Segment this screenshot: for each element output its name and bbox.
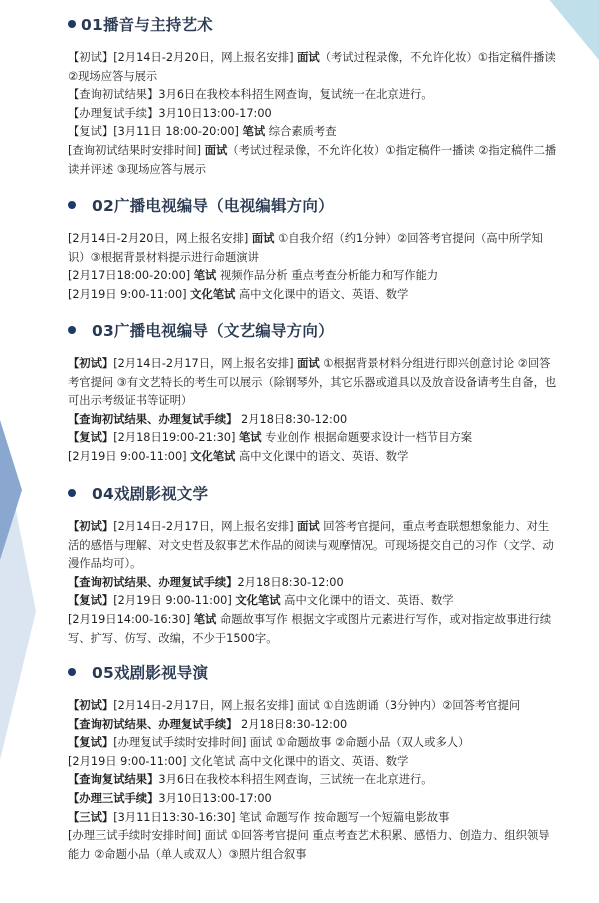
schedule-line: 【初试】[2月14日-2月20日，网上报名安排] 面试（考试过程录像，不允许化妆… xyxy=(68,49,558,86)
bold-label: 面试 xyxy=(252,232,275,245)
text-segment: [2月14日-2月17日，网上报名安排] xyxy=(113,520,297,533)
bold-label: 笔试 xyxy=(239,431,262,444)
schedule-line: 【查询初试结果、办理复试手续】 2月18日8:30-12:00 xyxy=(68,716,558,735)
bold-label: 【复试】 xyxy=(68,594,113,607)
text-segment: [查询初试结果时安排时间] xyxy=(68,144,205,157)
section-body: 【初试】[2月14日-2月17日，网上报名安排] 面试 ①根据背景材料分组进行即… xyxy=(68,355,558,467)
text-segment: 3月6日在我校本科招生网查询，复试统一在北京进行。 xyxy=(158,88,432,101)
bold-label: 【复试】 xyxy=(68,736,113,749)
schedule-line: 【初试】[2月14日-2月17日，网上报名安排] 面试 回答考官提问，重点考查联… xyxy=(68,518,558,574)
bold-label: 【复试】 xyxy=(68,431,113,444)
section-03: 03广播电视编导（文艺编导方向） 【初试】[2月14日-2月17日，网上报名安排… xyxy=(68,318,558,467)
section-body: [2月14日-2月20日，网上报名安排] 面试 ①自我介绍（约1分钟）②回答考官… xyxy=(68,230,558,304)
text-segment: 【初试】 xyxy=(68,51,113,64)
section-title: 04戏剧影视文学 xyxy=(92,482,208,504)
bold-label: 文化笔试 xyxy=(235,594,280,607)
bold-label: 【初试】 xyxy=(68,357,113,370)
text-segment: [2月19日 9:00-11:00] 文化笔试 高中文化课中的语文、英语、数学 xyxy=(68,755,408,768)
text-segment: 综合素质考查 xyxy=(265,125,336,138)
text-segment: 高中文化课中的语文、英语、数学 xyxy=(235,288,408,301)
section-heading: 05戏剧影视导演 xyxy=(68,660,558,684)
schedule-line: 【办理复试手续】3月10日13:00-17:00 xyxy=(68,105,558,124)
bold-label: 【查询初试结果、办理复试手续】 xyxy=(68,413,237,426)
text-segment: 3月10日13:00-17:00 xyxy=(158,792,271,805)
bullet-icon xyxy=(68,20,76,28)
section-heading: 03广播电视编导（文艺编导方向） xyxy=(68,318,558,342)
bold-label: 笔试 xyxy=(194,269,217,282)
text-segment: 3月10日13:00-17:00 xyxy=(158,107,271,120)
text-segment: [2月17日18:00-20:00] xyxy=(68,269,194,282)
text-segment: 【复试】 xyxy=(68,125,113,138)
section-body: 【初试】[2月14日-2月17日，网上报名安排] 面试 回答考官提问，重点考查联… xyxy=(68,518,558,648)
bullet-icon xyxy=(68,489,76,497)
bold-label: 笔试 xyxy=(194,613,217,626)
text-segment: [2月14日-2月17日，网上报名安排] xyxy=(113,357,297,370)
bold-label: 文化笔试 xyxy=(190,288,235,301)
text-segment: [2月18日19:00-21:30] xyxy=(113,431,239,444)
section-body: 【初试】[2月14日-2月17日，网上报名安排] 面试 ①自选朗诵（3分钟内）②… xyxy=(68,697,558,864)
schedule-line: [2月19日 9:00-11:00] 文化笔试 高中文化课中的语文、英语、数学 xyxy=(68,753,558,772)
section-05: 05戏剧影视导演 【初试】[2月14日-2月17日，网上报名安排] 面试 ①自选… xyxy=(68,660,558,864)
text-segment: [3月11日13:30-16:30] 笔试 命题写作 按命题写一个短篇电影故事 xyxy=(113,811,449,824)
text-segment: 高中文化课中的语文、英语、数学 xyxy=(281,594,454,607)
bold-label: 【三试】 xyxy=(68,811,113,824)
text-segment: [2月14日-2月20日，网上报名安排] xyxy=(68,232,252,245)
schedule-line: [2月14日-2月20日，网上报名安排] 面试 ①自我介绍（约1分钟）②回答考官… xyxy=(68,230,558,267)
schedule-line: 【查询复试结果】3月6日在我校本科招生网查询，三试统一在北京进行。 xyxy=(68,771,558,790)
bullet-icon xyxy=(68,326,76,334)
bold-label: 【查询复试结果】 xyxy=(68,773,158,786)
section-02: 02广播电视编导（电视编辑方向） [2月14日-2月20日，网上报名安排] 面试… xyxy=(68,193,558,304)
text-segment: 【办理复试手续】 xyxy=(68,107,158,120)
schedule-line: 【初试】[2月14日-2月17日，网上报名安排] 面试 ①自选朗诵（3分钟内）②… xyxy=(68,697,558,716)
schedule-line: 【三试】[3月11日13:30-16:30] 笔试 命题写作 按命题写一个短篇电… xyxy=(68,809,558,828)
text-segment: [2月19日 9:00-11:00] xyxy=(68,450,190,463)
bullet-icon xyxy=(68,201,76,209)
text-segment: [2月19日14:00-16:30] xyxy=(68,613,194,626)
text-segment: 2月18日8:30-12:00 xyxy=(237,576,343,589)
schedule-line: 【复试】[2月18日19:00-21:30] 笔试 专业创作 根据命题要求设计一… xyxy=(68,429,558,448)
text-segment: 2月18日8:30-12:00 xyxy=(237,413,347,426)
text-segment: [3月11日 18:00-20:00] xyxy=(113,125,242,138)
section-heading: 04戏剧影视文学 xyxy=(68,481,558,505)
text-segment: [2月19日 9:00-11:00] xyxy=(113,594,235,607)
bold-label: 【查询初试结果、办理复试手续】 xyxy=(68,718,237,731)
bold-label: 面试 xyxy=(297,520,320,533)
text-segment: [2月14日-2月17日，网上报名安排] 面试 ①自选朗诵（3分钟内）②回答考官… xyxy=(113,699,520,712)
section-title: 02广播电视编导（电视编辑方向） xyxy=(92,194,334,216)
section-01: 01播音与主持艺术 【初试】[2月14日-2月20日，网上报名安排] 面试（考试… xyxy=(68,12,558,179)
bold-label: 笔试 xyxy=(243,125,266,138)
text-segment: 高中文化课中的语文、英语、数学 xyxy=(235,450,408,463)
text-segment: 视频作品分析 重点考查分析能力和写作能力 xyxy=(216,269,438,282)
schedule-line: [2月19日 9:00-11:00] 文化笔试 高中文化课中的语文、英语、数学 xyxy=(68,286,558,305)
bold-label: 【初试】 xyxy=(68,699,113,712)
bold-label: 【初试】 xyxy=(68,520,113,533)
bold-label: 【查询初试结果、办理复试手续】 xyxy=(68,576,237,589)
bold-label: 面试 xyxy=(297,357,320,370)
bold-label: 【办理三试手续】 xyxy=(68,792,158,805)
section-body: 【初试】[2月14日-2月20日，网上报名安排] 面试（考试过程录像，不允许化妆… xyxy=(68,49,558,179)
schedule-line: [2月19日 9:00-11:00] 文化笔试 高中文化课中的语文、英语、数学 xyxy=(68,448,558,467)
section-04: 04戏剧影视文学 【初试】[2月14日-2月17日，网上报名安排] 面试 回答考… xyxy=(68,481,558,648)
bold-label: 面试 xyxy=(297,51,320,64)
schedule-line: 【查询初试结果】3月6日在我校本科招生网查询，复试统一在北京进行。 xyxy=(68,86,558,105)
schedule-line: 【办理三试手续】3月10日13:00-17:00 xyxy=(68,790,558,809)
section-title: 03广播电视编导（文艺编导方向） xyxy=(92,319,334,341)
section-heading: 02广播电视编导（电视编辑方向） xyxy=(68,193,558,217)
section-title: 01播音与主持艺术 xyxy=(81,13,213,35)
schedule-line: [2月19日14:00-16:30] 笔试 命题故事写作 根据文字或图片元素进行… xyxy=(68,611,558,648)
section-heading: 01播音与主持艺术 xyxy=(68,12,558,36)
text-segment: 【查询初试结果】 xyxy=(68,88,158,101)
schedule-line: [2月17日18:00-20:00] 笔试 视频作品分析 重点考查分析能力和写作… xyxy=(68,267,558,286)
schedule-line: [查询初试结果时安排时间] 面试（考试过程录像，不允许化妆）①指定稿件一播读 ②… xyxy=(68,142,558,179)
schedule-line: 【初试】[2月14日-2月17日，网上报名安排] 面试 ①根据背景材料分组进行即… xyxy=(68,355,558,411)
text-segment: 2月18日8:30-12:00 xyxy=(237,718,347,731)
schedule-line: 【复试】[2月19日 9:00-11:00] 文化笔试 高中文化课中的语文、英语… xyxy=(68,592,558,611)
text-segment: [2月19日 9:00-11:00] xyxy=(68,288,190,301)
schedule-line: 【复试】[办理复试手续时安排时间] 面试 ①命题故事 ②命题小品（双人或多人） xyxy=(68,734,558,753)
text-segment: [办理三试手续时安排时间] 面试 ①回答考官提问 重点考查艺术积累、感悟力、创造… xyxy=(68,829,550,861)
text-segment: 3月6日在我校本科招生网查询，三试统一在北京进行。 xyxy=(158,773,432,786)
text-segment: [办理复试手续时安排时间] 面试 ①命题故事 ②命题小品（双人或多人） xyxy=(113,736,469,749)
schedule-line: 【查询初试结果、办理复试手续】 2月18日8:30-12:00 xyxy=(68,411,558,430)
bullet-icon xyxy=(68,668,76,676)
bold-label: 面试 xyxy=(205,144,228,157)
schedule-line: 【复试】[3月11日 18:00-20:00] 笔试 综合素质考查 xyxy=(68,123,558,142)
schedule-line: [办理三试手续时安排时间] 面试 ①回答考官提问 重点考查艺术积累、感悟力、创造… xyxy=(68,827,558,864)
section-title: 05戏剧影视导演 xyxy=(92,661,208,683)
bold-label: 文化笔试 xyxy=(190,450,235,463)
schedule-line: 【查询初试结果、办理复试手续】2月18日8:30-12:00 xyxy=(68,574,558,593)
text-segment: [2月14日-2月20日，网上报名安排] xyxy=(113,51,297,64)
text-segment: 专业创作 根据命题要求设计一档节目方案 xyxy=(262,431,473,444)
